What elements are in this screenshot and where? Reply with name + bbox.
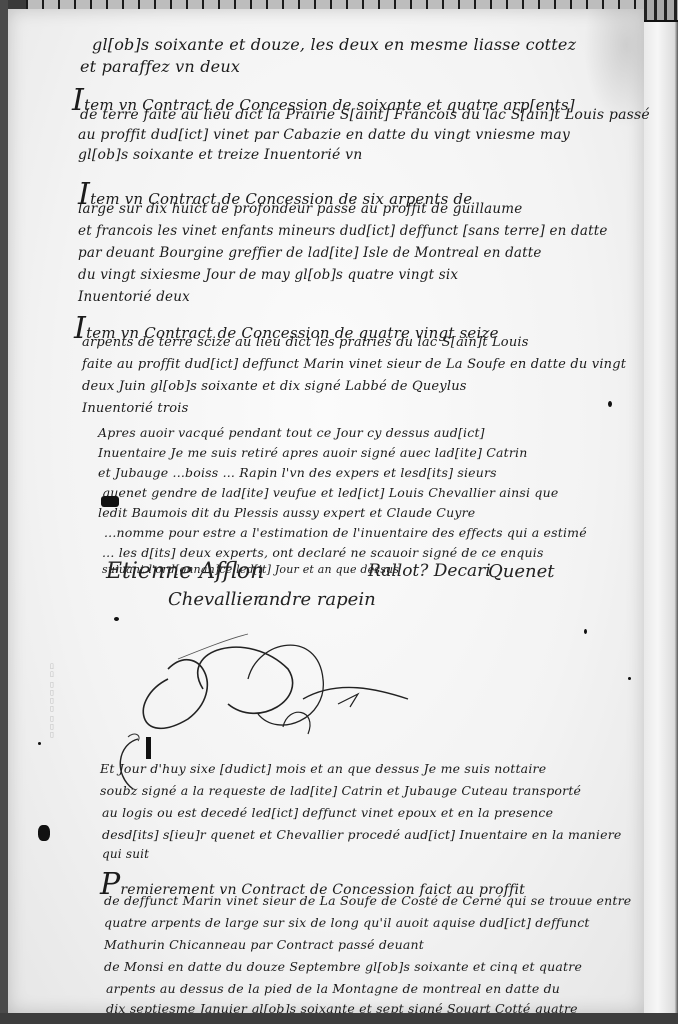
- signature-quenet: Quenet: [488, 561, 554, 582]
- text-line: et francois les vinet enfants mineurs du…: [78, 223, 608, 239]
- signature-chevallier: Chevallier: [168, 589, 261, 610]
- text-line: de Monsi en datte du douze Septembre gl[…: [104, 959, 582, 974]
- text-line: ... les d[its] deux experts, ont declaré…: [102, 545, 544, 560]
- adjacent-page-ruler: [644, 0, 678, 22]
- text-line: arpents au dessus de la pied de la Monta…: [106, 981, 560, 996]
- text-line: quatre arpents de large sur six de long …: [104, 915, 590, 930]
- text-line: deux Juin gl[ob]s soixante et dix signé …: [82, 379, 467, 394]
- scanner-bottom-edge: [0, 1013, 678, 1024]
- signature-etienne: Etienne Afflon: [106, 559, 264, 584]
- text-line: Inuentorié deux: [78, 289, 190, 305]
- text-line: Apres auoir vacqué pendant tout ce Jour …: [98, 425, 485, 440]
- text-line: par deuant Bourgine greffier de lad[ite]…: [78, 245, 542, 261]
- scanner-left-edge: [0, 0, 8, 1024]
- text-line: ledit Baumois dit du Plessis aussy exper…: [98, 505, 475, 520]
- text-line: Inuentorié trois: [82, 401, 189, 416]
- initial-flourish-icon: [98, 729, 178, 799]
- ink-speck: [584, 629, 587, 634]
- text-line: faite au proffit dud[ict] deffunct Marin…: [82, 357, 626, 372]
- text-line: au proffit dud[ict] vinet par Cabazie en…: [78, 127, 570, 143]
- text-line: du vingt sixiesme Jour de may gl[ob]s qu…: [78, 267, 458, 283]
- ink-blot: [101, 496, 119, 507]
- text-line: arpents de terre scize au lieu dict les …: [82, 335, 529, 350]
- manuscript-page: ▯▯▯ ▯▯▯▯ ▯▯ gl[ob]s soixante et douze, l…: [8, 9, 644, 1013]
- ink-blot: [38, 825, 50, 841]
- text-line: qui suit: [102, 847, 149, 861]
- ink-speck: [38, 742, 41, 745]
- adjacent-page-edge: [644, 0, 678, 1024]
- text-line: de terre faite au lieu dict la Prairie S…: [80, 107, 650, 123]
- text-line: ...nomme pour estre a l'estimation de l'…: [104, 525, 587, 540]
- text-line: et Jubauge ...boiss ... Rapin l'vn des e…: [98, 465, 497, 480]
- text-line: desd[its] s[ieu]r quenet et Chevallier p…: [102, 827, 622, 842]
- ink-speck: [114, 617, 119, 621]
- signature-decari: Rallot? Decari: [368, 561, 491, 581]
- text-line: de deffunct Marin vinet sieur de La Souf…: [104, 893, 631, 908]
- text-line: et paraffez vn deux: [80, 57, 240, 76]
- text-line: Inuentaire Je me suis retiré apres auoir…: [98, 445, 527, 460]
- ink-speck: [608, 401, 612, 407]
- margin-archive-stamp: ▯▯▯ ▯▯▯▯ ▯▯: [48, 609, 78, 739]
- text-line: au logis ou est decedé led[ict] deffunct…: [102, 805, 553, 820]
- scanned-manuscript: ▯▯▯ ▯▯▯▯ ▯▯ gl[ob]s soixante et douze, l…: [0, 0, 678, 1024]
- text-line: large sur dix huict de profondeur passé …: [78, 201, 522, 217]
- text-line: gl[ob]s soixante et treize Inuentorié vn: [78, 147, 362, 163]
- text-line: gl[ob]s soixante et douze, les deux en m…: [92, 35, 576, 54]
- signature-rapein: andre rapein: [258, 589, 376, 610]
- ink-speck: [628, 677, 631, 680]
- text-line: quenet gendre de lad[ite] veufue et led[…: [102, 485, 558, 500]
- text-line: Mathurin Chicanneau par Contract passé d…: [104, 937, 424, 952]
